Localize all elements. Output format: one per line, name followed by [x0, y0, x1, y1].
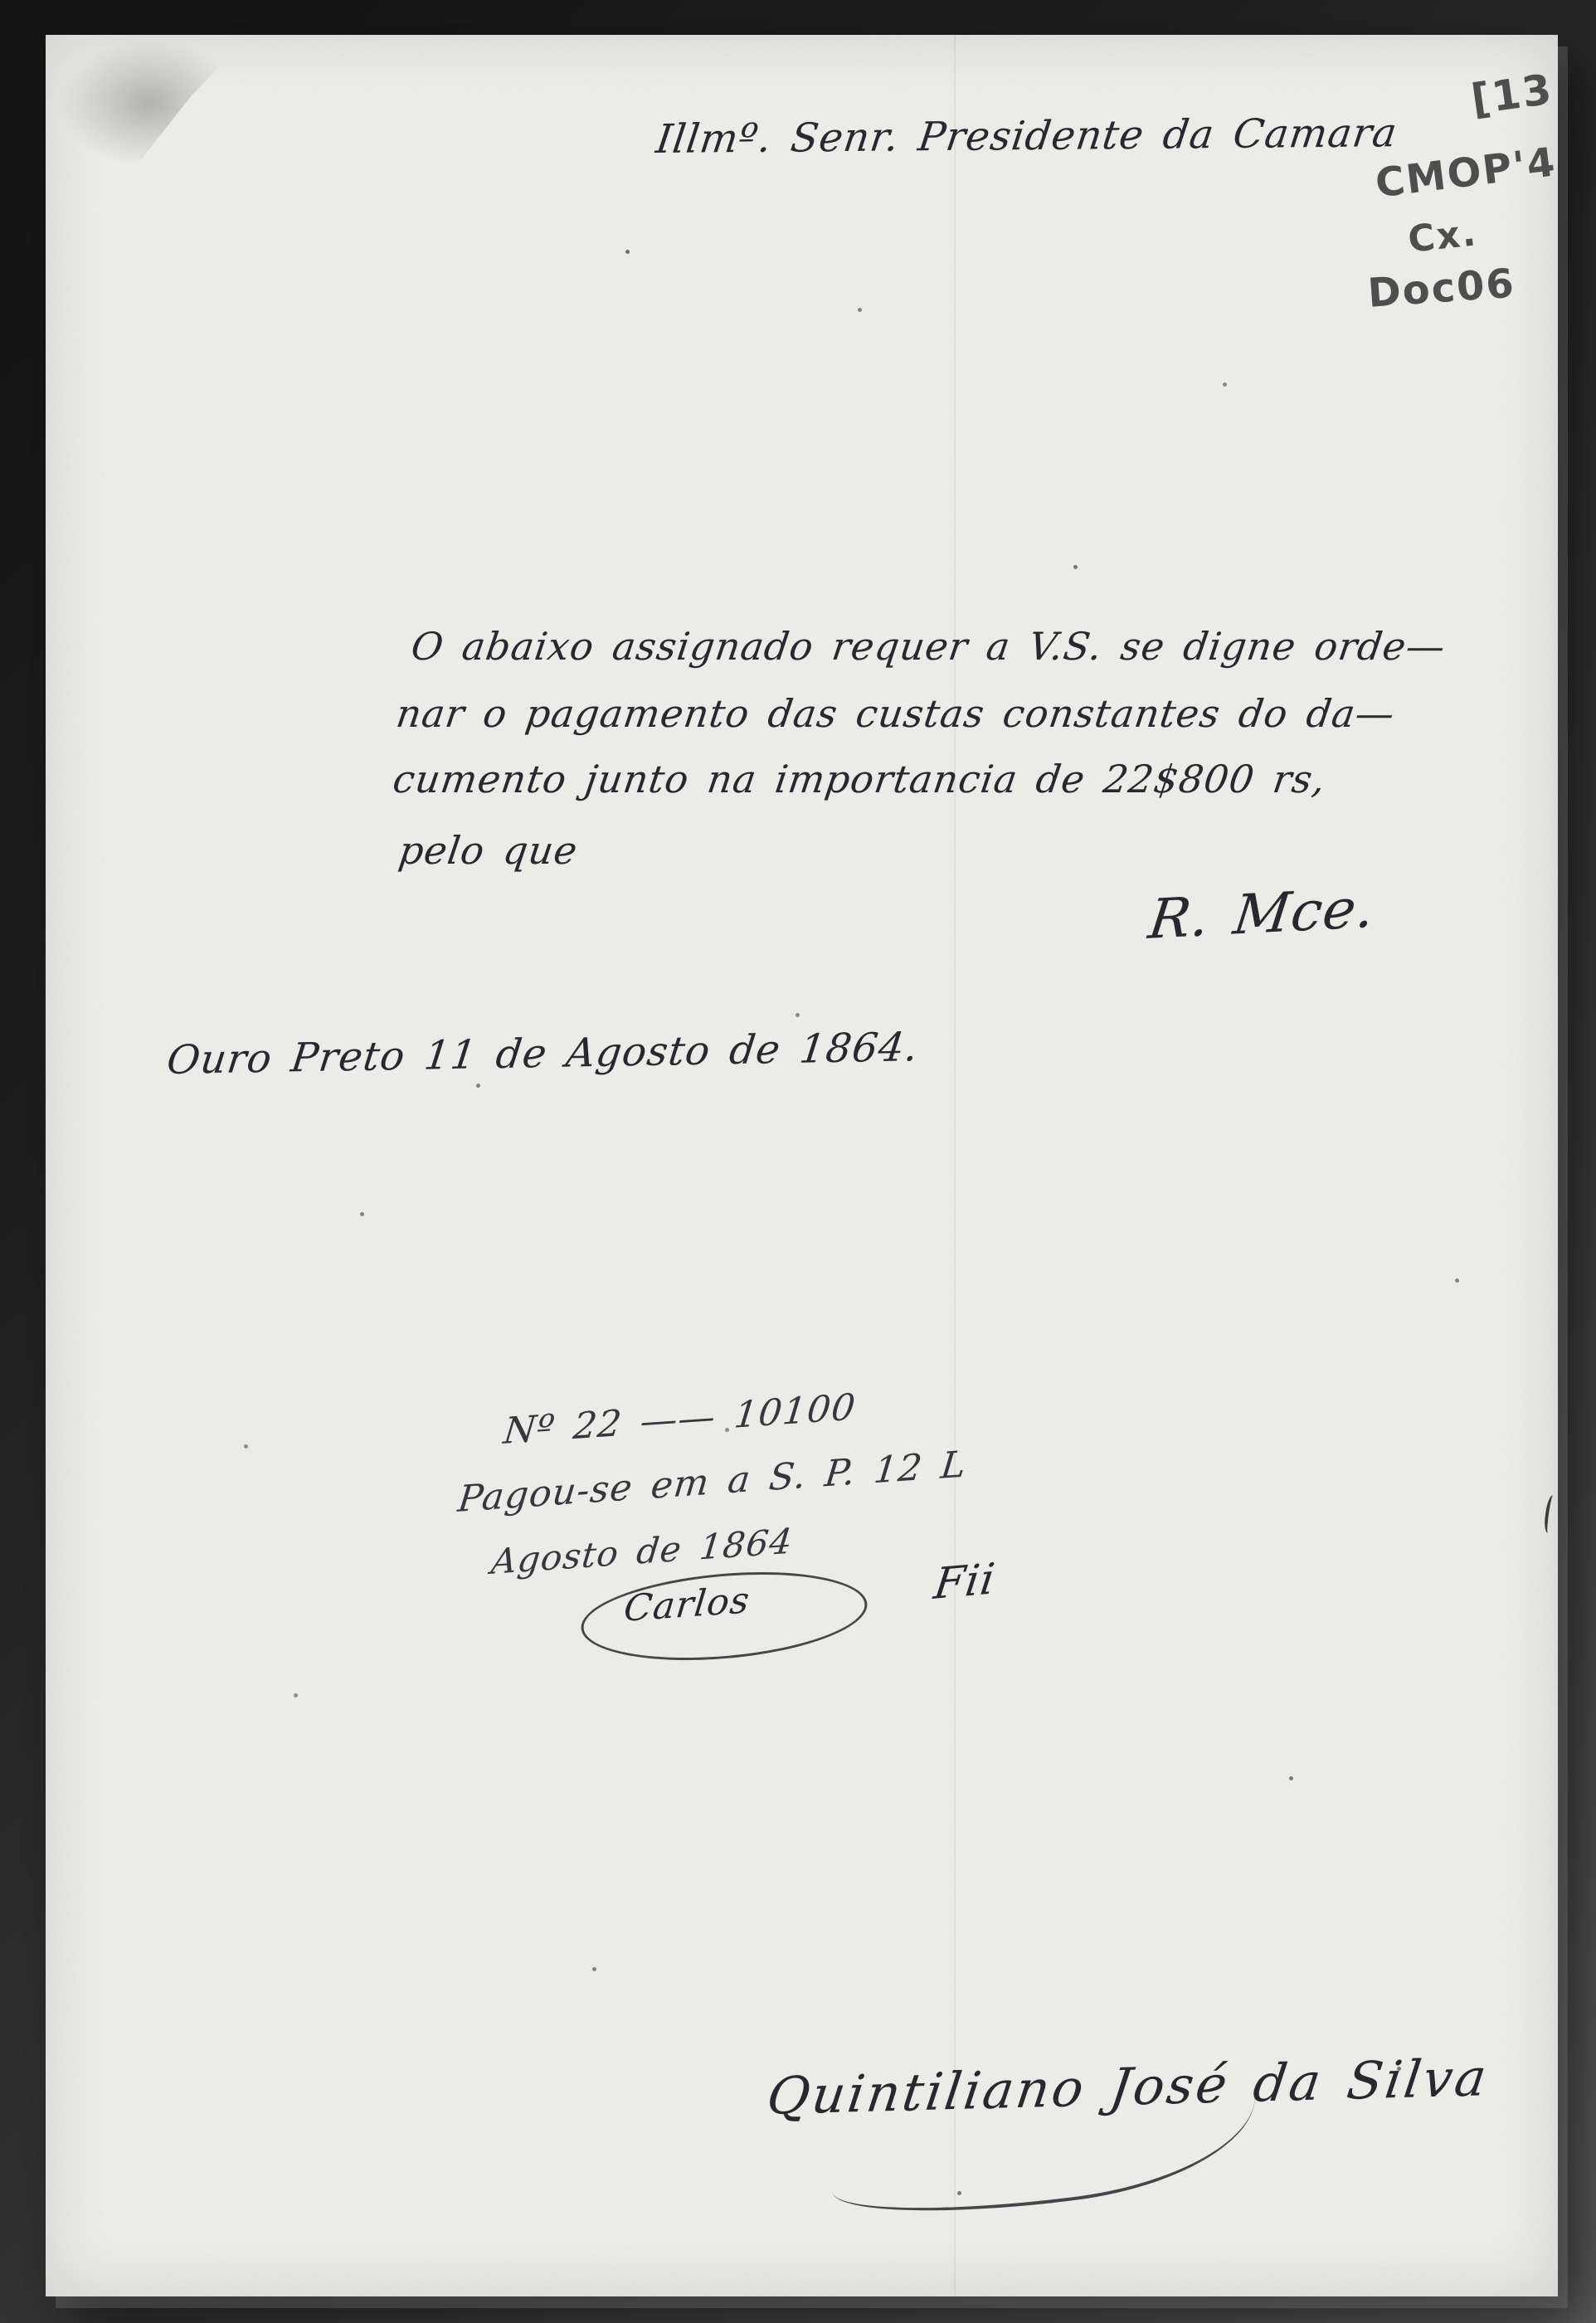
vertical-fold-line [954, 35, 956, 2296]
closing-abbreviation: R. Mce. [1145, 876, 1379, 952]
place-date-line: Ouro Preto 11 de Agosto de 1864. [164, 1024, 921, 1084]
document-heading: Illmº. Senr. Presidente da Camara [654, 110, 1400, 163]
scan-frame: Illmº. Senr. Presidente da Camara O abai… [0, 0, 1596, 2323]
clerk-rubric: Fii [932, 1555, 999, 1610]
archival-collection-code: CMOP'4 [1373, 139, 1559, 207]
archival-box-label: Cx. [1406, 212, 1479, 261]
body-line-3: cumento junto na importancia de 22$800 r… [390, 757, 1328, 801]
payment-note-paid: Pagou-se em a S. P. 12 L [456, 1444, 969, 1521]
body-line-4: pelo que [396, 828, 581, 873]
right-edge-ink-mark [1543, 1494, 1558, 1533]
archival-doc-number: Doc06 [1366, 261, 1517, 317]
body-line-1: O abaixo assignado requer a V.S. se dign… [408, 624, 1448, 669]
body-line-2: nar o pagamento das custas constantes do… [393, 691, 1398, 736]
archival-bracket-number: [13 [1468, 65, 1556, 124]
dust-specks [46, 35, 48, 37]
paper-grain-texture [46, 35, 1558, 2296]
document-page: Illmº. Senr. Presidente da Camara O abai… [46, 35, 1558, 2296]
payment-note-number: Nº 22 —— 10100 [502, 1386, 859, 1453]
paper-stain-top-left [41, 28, 256, 178]
